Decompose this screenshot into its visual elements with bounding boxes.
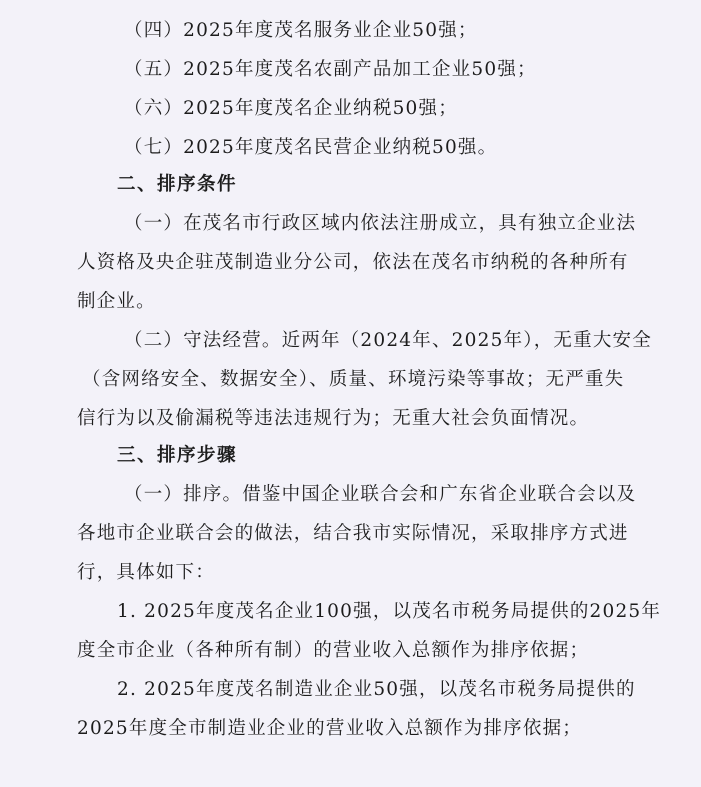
section-heading-conditions: 二、排序条件 (117, 172, 237, 198)
paragraph-line: 度全市企业（各种所有制）的营业收入总额作为排序依据； (77, 638, 589, 664)
paragraph-line: （含网络安全、数据安全）、质量、环境污染等事故；无严重失 (82, 367, 624, 393)
paragraph-line: （二）守法经营。近两年（2024年、2025年），无重大安全 (124, 328, 652, 354)
paragraph-line: 行，具体如下： (77, 560, 215, 586)
document-page: （四）2025年度茂名服务业企业50强； （五）2025年度茂名农副产品加工企业… (0, 0, 701, 787)
paragraph-line: （一）在茂名市行政区域内依法注册成立，具有独立企业法 (124, 211, 636, 237)
paragraph-line: 各地市企业联合会的做法，结合我市实际情况，采取排序方式进 (77, 521, 629, 547)
list-item-7: （七）2025年度茂名民营企业纳税50强。 (124, 135, 497, 161)
paragraph-line: 1. 2025年度茂名企业100强，以茂名市税务局提供的2025年 (117, 599, 661, 625)
paragraph-line: 制企业。 (77, 289, 156, 315)
paragraph-line: 信行为以及偷漏税等违法违规行为；无重大社会负面情况。 (77, 406, 589, 432)
list-item-6: （六）2025年度茂名企业纳税50强； (124, 96, 458, 122)
paragraph-line: 2025年度全市制造业企业的营业收入总额作为排序依据； (77, 716, 582, 742)
paragraph-line: 2. 2025年度茂名制造业企业50强，以茂名市税务局提供的 (117, 677, 636, 703)
list-item-4: （四）2025年度茂名服务业企业50强； (124, 18, 478, 44)
paragraph-line: 人资格及央企驻茂制造业分公司，依法在茂名市纳税的各种所有 (77, 250, 629, 276)
list-item-5: （五）2025年度茂名农副产品加工企业50强； (124, 57, 537, 83)
paragraph-line: （一）排序。借鉴中国企业联合会和广东省企业联合会以及 (124, 482, 636, 508)
section-heading-steps: 三、排序步骤 (117, 443, 237, 469)
